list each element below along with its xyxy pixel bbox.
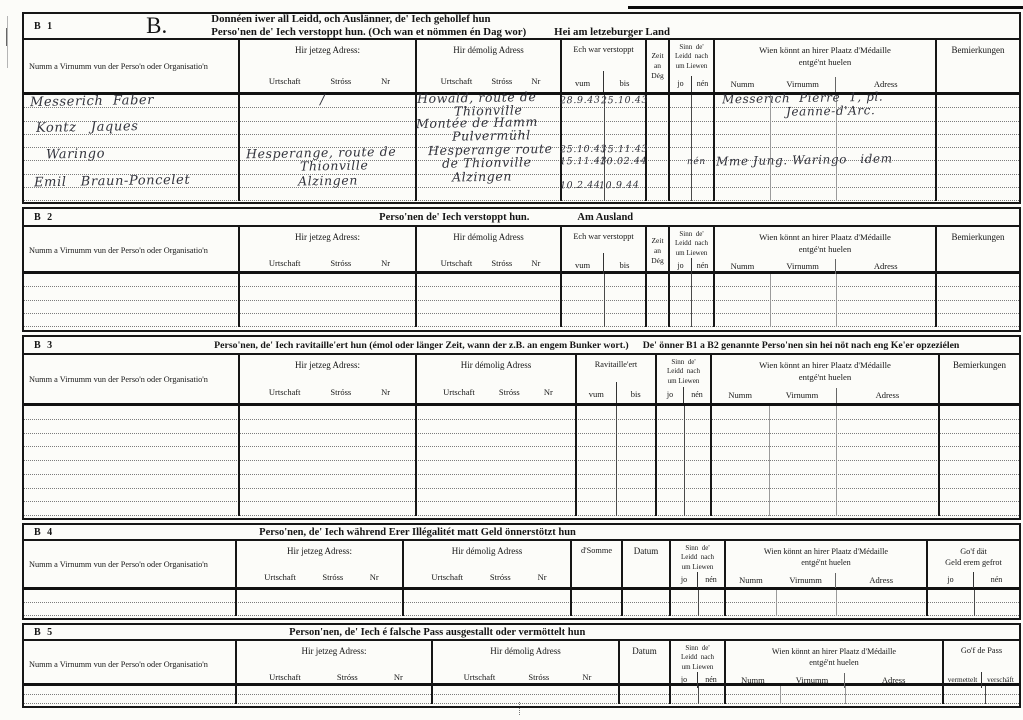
- zeit-label: an: [654, 61, 661, 71]
- column-divider: [404, 590, 572, 616]
- b1-col-zeit: Zeit an Dég: [647, 40, 670, 92]
- b2-verstoppt-label: Ech war verstoppt: [562, 227, 645, 241]
- b2-col-wien: Wien könnt an hirer Plaatz d'Médaille en…: [715, 227, 937, 274]
- b4-col-name-label: Numm a Virnumm vun der Perso'n oder Orga…: [29, 560, 232, 569]
- scan-fold-line-left: [7, 16, 8, 68]
- b2-demolig-sub: Urtschaft Stróss Nr: [417, 258, 560, 274]
- column-divider: [928, 590, 1019, 616]
- sinn-label: Sinn de' Leidd nach um Liewen: [657, 355, 710, 386]
- sub-divider: [780, 686, 781, 704]
- hw-address: Alzingen: [452, 170, 512, 184]
- b2-jetzeg-sub: Urtschaft Stróss Nr: [240, 258, 415, 274]
- sub-divider: [974, 590, 975, 616]
- nr-label: Nr: [531, 76, 540, 86]
- b4-col-demolig-adress: Hir démolig Adress Urtschaft Stróss Nr: [404, 541, 572, 588]
- stross-label: Stróss: [322, 572, 343, 582]
- sub-divider: [985, 686, 986, 704]
- virnumm-label: Virnumm: [770, 259, 836, 274]
- b1-title-line1: Donnéen iwer all Leidd, och Auslänner, d…: [211, 13, 670, 26]
- sub-divider: [769, 406, 770, 516]
- b5-col-name: Numm a Virnumm vun der Perso'n oder Orga…: [24, 641, 237, 688]
- urtschaft-label: Urtschaft: [264, 572, 296, 582]
- b5-col-datum: Datum: [620, 641, 671, 688]
- adress-label: Adress: [836, 388, 938, 403]
- b4-column-lines: [24, 590, 1019, 616]
- nr-label: Nr: [381, 387, 390, 397]
- b4-demolig-sub: Urtschaft Stróss Nr: [404, 572, 570, 588]
- sub-divider: [698, 590, 699, 616]
- column-divider: [237, 590, 404, 616]
- column-divider: [24, 686, 237, 704]
- column-divider: [647, 274, 670, 327]
- sub-divider: [698, 686, 699, 704]
- b2-label: B 2: [24, 212, 54, 223]
- b2-jetzeg-label: Hir jetzeg Adress:: [240, 227, 415, 242]
- hw-date: 15.11.43: [601, 145, 648, 155]
- b3-col-name-label: Numm a Virnumm vun der Perso'n oder Orga…: [29, 375, 235, 384]
- sub-divider: [616, 406, 617, 516]
- numm-label: Numm: [715, 259, 770, 274]
- sub-divider: [836, 406, 837, 516]
- urtschaft-label: Urtschaft: [431, 572, 463, 582]
- hw-address: Thionville: [300, 159, 369, 173]
- b3-col-wien: Wien könnt an hirer Plaatz d'Médaille en…: [712, 355, 940, 403]
- b2-titlebar: B 2 Perso'nen de' Iech verstoppt hun. Am…: [24, 209, 1019, 227]
- column-divider: [562, 274, 647, 327]
- stross-label: Stróss: [337, 672, 358, 682]
- stross-label: Stróss: [330, 76, 351, 86]
- b4-titlebar: B 4 Perso'nen, de' Iech während Erer Ill…: [24, 525, 1019, 541]
- nen-label: nén: [697, 572, 724, 588]
- b1-big-letter: B.: [146, 16, 167, 36]
- column-divider: [944, 686, 1019, 704]
- b5-header: Numm a Virnumm vun der Perso'n oder Orga…: [24, 641, 1019, 686]
- b3-col-bemierkungen: Bemierkungen: [940, 355, 1019, 403]
- vum-label: vum: [562, 253, 603, 274]
- nen-label: nén: [691, 258, 713, 274]
- b1-jetzeg-label: Hir jetzeg Adress:: [240, 40, 415, 55]
- bemierkungen-label: Bemierkungen: [937, 227, 1019, 242]
- b1-jetzeg-sub: Urtschaft Stróss Nr: [240, 76, 415, 92]
- column-divider: [417, 274, 562, 327]
- b4-col-jetzeg-adress: Hir jetzeg Adress: Urtschaft Stróss Nr: [237, 541, 404, 588]
- b4-col-wien: Wien könnt an hirer Plaatz d'Médaille en…: [726, 541, 928, 588]
- stross-label: Stróss: [491, 258, 512, 268]
- column-divider: [671, 590, 726, 616]
- bemierkungen-label: Bemierkungen: [937, 40, 1019, 55]
- column-divider: [620, 686, 671, 704]
- column-divider: [657, 406, 712, 516]
- b4-col-geld: Go'f dät Geld erem gefrot jo nén: [928, 541, 1019, 588]
- numm-label: Numm: [726, 573, 776, 588]
- b4-col-name: Numm a Virnumm vun der Perso'n oder Orga…: [24, 541, 237, 588]
- b5-col-jetzeg-adress: Hir jetzeg Adress: Urtschaft Stróss Nr: [237, 641, 433, 688]
- stross-label: Stróss: [490, 572, 511, 582]
- jo-label: jo: [657, 387, 683, 403]
- b1-col-name: Numm a Virnumm vun der Perso'n oder Orga…: [24, 40, 240, 92]
- column-divider: [577, 406, 657, 516]
- urtschaft-label: Urtschaft: [269, 258, 301, 268]
- b1-title-suffix: Hei am letzeburger Land: [554, 26, 670, 38]
- stross-label: Stróss: [330, 387, 351, 397]
- hw-date: 28.9.43: [560, 96, 601, 106]
- urtschaft-label: Urtschaft: [269, 672, 301, 682]
- section-b2: B 2 Perso'nen de' Iech verstoppt hun. Am…: [22, 207, 1021, 332]
- b2-col-sinn: Sinn de' Leidd nach um Liewen jo nén: [670, 227, 715, 274]
- b3-label: B 3: [24, 340, 54, 351]
- b2-col-name-label: Numm a Virnumm vun der Perso'n oder Orga…: [29, 246, 235, 255]
- bemierkungen-label: Bemierkungen: [940, 355, 1019, 370]
- b3-title: Perso'nen, de' Iech ravitaille'ert hun (…: [214, 340, 629, 351]
- sub-divider: [836, 590, 837, 616]
- column-divider: [671, 686, 726, 704]
- hw-date: 10.02.44: [600, 157, 647, 167]
- b3-jetzeg-label: Hir jetzeg Adress:: [240, 355, 415, 370]
- sinn-label: Sinn de' Leidd nach um Liewen: [670, 227, 713, 258]
- b4-label: B 4: [24, 527, 54, 538]
- b1-col-jetzeg-adress: Hir jetzeg Adress: Urtschaft Stróss Nr: [240, 40, 417, 92]
- hw-date: 10.2.44: [560, 181, 601, 191]
- b5-body: [24, 686, 1019, 704]
- hw-name: Messerich Faber: [30, 94, 154, 109]
- stross-label: Stróss: [330, 258, 351, 268]
- b4-jetzeg-label: Hir jetzeg Adress:: [237, 541, 402, 556]
- b3-col-sinn: Sinn de' Leidd nach um Liewen jo nén: [657, 355, 712, 403]
- numm-label: Numm: [712, 388, 768, 403]
- b1-label: B 1: [24, 21, 54, 32]
- urtschaft-label: Urtschaft: [441, 76, 473, 86]
- nr-label: Nr: [394, 672, 403, 682]
- section-b3: B 3 Perso'nen, de' Iech ravitaille'ert h…: [22, 335, 1021, 520]
- nen-label: nén: [691, 76, 713, 92]
- vum-label: vum: [562, 71, 603, 92]
- urtschaft-label: Urtschaft: [464, 672, 496, 682]
- column-divider: [433, 686, 620, 704]
- b3-demolig-sub: Urtschaft Stróss Nr: [417, 387, 575, 403]
- b3-ravitaille-label: Ravitaille'ert: [577, 355, 655, 369]
- sub-divider: [845, 686, 846, 704]
- hw-mark: ∕: [320, 93, 326, 107]
- b5-pass-label: Go'f de Pass: [944, 641, 1019, 655]
- column-divider: [623, 590, 671, 616]
- column-divider: [240, 406, 417, 516]
- scan-edge-line-top: [628, 6, 1023, 9]
- b4-title: Perso'nen, de' Iech während Erer Illégal…: [259, 527, 576, 538]
- b1-handwriting-layer: Messerich Faber ∕ Howald, route de Thion…: [24, 95, 1019, 201]
- urtschaft-label: Urtschaft: [443, 387, 475, 397]
- b4-header: Numm a Virnumm vun der Perso'n oder Orga…: [24, 541, 1019, 590]
- b4-col-somme: d'Somme: [572, 541, 623, 588]
- zeit-label: Dég: [651, 71, 664, 81]
- b5-col-sinn: Sinn de' Leidd nach um Liewen jo nén: [671, 641, 726, 688]
- hw-nen-check: nén: [687, 158, 706, 167]
- b5-col-name-label: Numm a Virnumm vun der Perso'n oder Orga…: [29, 660, 232, 669]
- b2-demolig-label: Hir démolig Adress: [417, 227, 560, 242]
- b5-label: B 5: [24, 627, 54, 638]
- adress-label: Adress: [835, 573, 926, 588]
- b5-col-wien: Wien könnt an hirer Plaatz d'Médaille en…: [726, 641, 944, 688]
- stross-label: Stróss: [491, 76, 512, 86]
- b2-column-lines: [24, 274, 1019, 327]
- b1-sinn-sub: jo nén: [670, 76, 713, 92]
- b4-geld-label: Go'f dät Geld erem gefrot: [928, 541, 1019, 568]
- wien-label: Wien könnt an hirer Plaatz d'Médaille en…: [726, 641, 942, 668]
- column-divider: [726, 686, 944, 704]
- sinn-label: Sinn de' Leidd nach um Liewen: [671, 641, 724, 672]
- column-divider: [24, 406, 240, 516]
- column-divider: [24, 274, 240, 327]
- column-divider: [240, 274, 417, 327]
- b4-body: [24, 590, 1019, 616]
- column-divider: [24, 590, 237, 616]
- urtschaft-label: Urtschaft: [269, 387, 301, 397]
- b1-demolig-label: Hir démolig Adress: [417, 40, 560, 55]
- b2-sinn-sub: jo nén: [670, 258, 713, 274]
- zeit-label: Zeit: [651, 236, 663, 246]
- b3-titlebar: B 3 Perso'nen, de' Iech ravitaille'ert h…: [24, 337, 1019, 355]
- b3-jetzeg-sub: Urtschaft Stróss Nr: [240, 387, 415, 403]
- b2-verstoppt-sub: vum bis: [562, 253, 645, 274]
- urtschaft-label: Urtschaft: [441, 258, 473, 268]
- column-divider: [726, 590, 928, 616]
- b2-body: [24, 274, 1019, 327]
- nr-label: Nr: [544, 387, 553, 397]
- bis-label: bis: [603, 71, 645, 92]
- b3-demolig-label: Hir démolig Adress: [417, 355, 575, 370]
- zeit-label: an: [654, 246, 661, 256]
- wien-label: Wien könnt an hirer Plaatz d'Médaille en…: [715, 40, 935, 68]
- b1-col-verstoppt: Ech war verstoppt vum bis: [562, 40, 647, 92]
- b3-col-name: Numm a Virnumm vun der Perso'n oder Orga…: [24, 355, 240, 403]
- b5-titlebar: B 5 Person'nen, de' Iech é falsche Pass …: [24, 625, 1019, 641]
- sinn-label: Sinn de' Leidd nach um Liewen: [671, 541, 724, 572]
- section-b4: B 4 Perso'nen, de' Iech während Erer Ill…: [22, 523, 1021, 620]
- nr-label: Nr: [531, 258, 540, 268]
- b5-jetzeg-label: Hir jetzeg Adress:: [237, 641, 431, 656]
- hw-date: 25.10.43: [601, 96, 648, 106]
- jo-label: jo: [928, 572, 973, 588]
- sub-divider: [776, 590, 777, 616]
- wien-label: Wien könnt an hirer Plaatz d'Médaille en…: [715, 227, 935, 255]
- b2-col-zeit: Zeit an Dég: [647, 227, 670, 274]
- b3-body: [24, 406, 1019, 516]
- b3-title-2: De' önner B1 a B2 genannte Perso'nen sin…: [643, 340, 960, 351]
- b3-header: Numm a Virnumm vun der Perso'n oder Orga…: [24, 355, 1019, 406]
- b2-col-bemierkungen: Bemierkungen: [937, 227, 1019, 274]
- virnumm-label: Virnumm: [776, 573, 836, 588]
- jo-label: jo: [670, 258, 691, 274]
- nr-label: Nr: [381, 258, 390, 268]
- b1-title: Donnéen iwer all Leidd, och Auslänner, d…: [211, 13, 670, 38]
- bis-label: bis: [616, 382, 656, 403]
- b1-verstoppt-sub: vum bis: [562, 71, 645, 92]
- b3-col-demolig-adress: Hir démolig Adress Urtschaft Stróss Nr: [417, 355, 577, 403]
- b1-col-wien: Wien könnt an hirer Plaatz d'Médaille en…: [715, 40, 937, 92]
- b1-titlebar: B 1 B. Donnéen iwer all Leidd, och Auslä…: [24, 14, 1019, 40]
- b5-datum-label: Datum: [620, 641, 669, 656]
- column-divider: [937, 274, 1019, 327]
- nr-label: Nr: [370, 572, 379, 582]
- hw-name: Waringo: [46, 147, 105, 161]
- column-divider: [237, 686, 433, 704]
- virnumm-label: Virnumm: [768, 388, 836, 403]
- scan-fold-dash-left: [6, 28, 7, 46]
- nr-label: Nr: [538, 572, 547, 582]
- numm-label: Numm: [715, 77, 770, 92]
- nr-label: Nr: [381, 76, 390, 86]
- b1-body: Messerich Faber ∕ Howald, route de Thion…: [24, 95, 1019, 201]
- b1-col-demolig-adress: Hir démolig Adress Urtschaft Stróss Nr: [417, 40, 562, 92]
- b4-col-datum: Datum: [623, 541, 671, 588]
- column-divider: [940, 406, 1019, 516]
- b3-col-jetzeg-adress: Hir jetzeg Adress: Urtschaft Stróss Nr: [240, 355, 417, 403]
- b2-title: Perso'nen de' Iech verstoppt hun.: [379, 212, 529, 223]
- hw-medal-recipient: Jeanne-d'Arc.: [786, 104, 876, 118]
- b3-ravitaille-sub: vum bis: [577, 382, 655, 403]
- sub-divider: [770, 274, 771, 327]
- b3-wien-sub: Numm Virnumm Adress: [712, 388, 938, 403]
- column-divider: [715, 274, 937, 327]
- bis-label: bis: [603, 253, 645, 274]
- b1-header: Numm a Virnumm vun der Perso'n oder Orga…: [24, 40, 1019, 95]
- jo-label: jo: [671, 572, 697, 588]
- sinn-label: Sinn de' Leidd nach um Liewen: [670, 40, 713, 71]
- sub-divider: [691, 274, 692, 327]
- adress-label: Adress: [835, 259, 935, 274]
- hw-date: 10.9.44: [599, 181, 640, 191]
- column-divider: [712, 406, 940, 516]
- stross-label: Stróss: [499, 387, 520, 397]
- b1-title-line2-row: Perso'nen de' Iech verstoppt hun. (Och w…: [211, 26, 670, 39]
- vum-label: vum: [577, 382, 616, 403]
- b4-sinn-sub: jo nén: [671, 572, 724, 588]
- hw-medal-recipient: Mme Jung. Waringo idem: [716, 152, 893, 167]
- hw-address: Alzingen: [298, 174, 358, 188]
- b5-col-pass: Go'f de Pass vermettelt verschäft: [944, 641, 1019, 688]
- b2-col-verstoppt: Ech war verstoppt vum bis: [562, 227, 647, 274]
- b1-verstoppt-label: Ech war verstoppt: [562, 40, 645, 54]
- b2-col-jetzeg-adress: Hir jetzeg Adress: Urtschaft Stróss Nr: [240, 227, 417, 274]
- b2-wien-sub: Numm Virnumm Adress: [715, 259, 935, 274]
- stross-label: Stróss: [528, 672, 549, 682]
- nen-label: nén: [683, 387, 710, 403]
- sub-divider: [836, 274, 837, 327]
- urtschaft-label: Urtschaft: [269, 76, 301, 86]
- hw-name: Emil Braun-Poncelet: [34, 174, 190, 190]
- b5-col-demolig-adress: Hir démolig Adress Urtschaft Stróss Nr: [433, 641, 620, 688]
- b1-col-bemierkungen: Bemierkungen: [937, 40, 1019, 92]
- b1-title-line2: Perso'nen de' Iech verstoppt hun. (Och w…: [211, 26, 526, 38]
- jo-label: jo: [670, 76, 691, 92]
- nen-label: nén: [973, 572, 1019, 588]
- b5-column-lines: [24, 686, 1019, 704]
- b2-header: Numm a Virnumm vun der Perso'n oder Orga…: [24, 227, 1019, 274]
- b1-col-sinn: Sinn de' Leidd nach um Liewen jo nén: [670, 40, 715, 92]
- zeit-label: Dég: [651, 256, 664, 266]
- wien-label: Wien könnt an hirer Plaatz d'Médaille en…: [712, 355, 938, 383]
- b1-col-name-label: Numm a Virnumm vun der Perso'n oder Orga…: [29, 62, 235, 71]
- b4-jetzeg-sub: Urtschaft Stróss Nr: [237, 572, 402, 588]
- sub-divider: [684, 406, 685, 516]
- b2-col-demolig-adress: Hir démolig Adress Urtschaft Stróss Nr: [417, 227, 562, 274]
- b2-col-name: Numm a Virnumm vun der Perso'n oder Orga…: [24, 227, 240, 274]
- b3-sinn-sub: jo nén: [657, 387, 710, 403]
- nr-label: Nr: [582, 672, 591, 682]
- hw-name: Kontz Jaques: [36, 120, 139, 135]
- section-b5: B 5 Person'nen, de' Iech é falsche Pass …: [22, 623, 1021, 708]
- column-divider: [572, 590, 623, 616]
- b3-col-ravitaille: Ravitaille'ert vum bis: [577, 355, 657, 403]
- b4-col-sinn: Sinn de' Leidd nach um Liewen jo nén: [671, 541, 726, 588]
- b3-column-lines: [24, 406, 1019, 516]
- wien-label: Wien könnt an hirer Plaatz d'Médaille en…: [726, 541, 926, 568]
- b4-wien-sub: Numm Virnumm Adress: [726, 573, 926, 588]
- b4-geld-sub: jo nén: [928, 572, 1019, 588]
- b5-demolig-label: Hir démolig Adress: [433, 641, 618, 656]
- b4-datum-label: Datum: [623, 541, 669, 556]
- b4-demolig-label: Hir démolig Adress: [404, 541, 570, 556]
- b5-title: Person'nen, de' Iech é falsche Pass ausg…: [289, 627, 585, 638]
- b2-title-suffix: Am Ausland: [577, 212, 633, 223]
- section-b1: B 1 B. Donnéen iwer all Leidd, och Auslä…: [22, 12, 1021, 204]
- column-divider: [417, 406, 577, 516]
- zeit-label: Zeit: [651, 51, 663, 61]
- b4-somme-label: d'Somme: [572, 541, 621, 555]
- sub-divider: [604, 274, 605, 327]
- column-divider: [670, 274, 715, 327]
